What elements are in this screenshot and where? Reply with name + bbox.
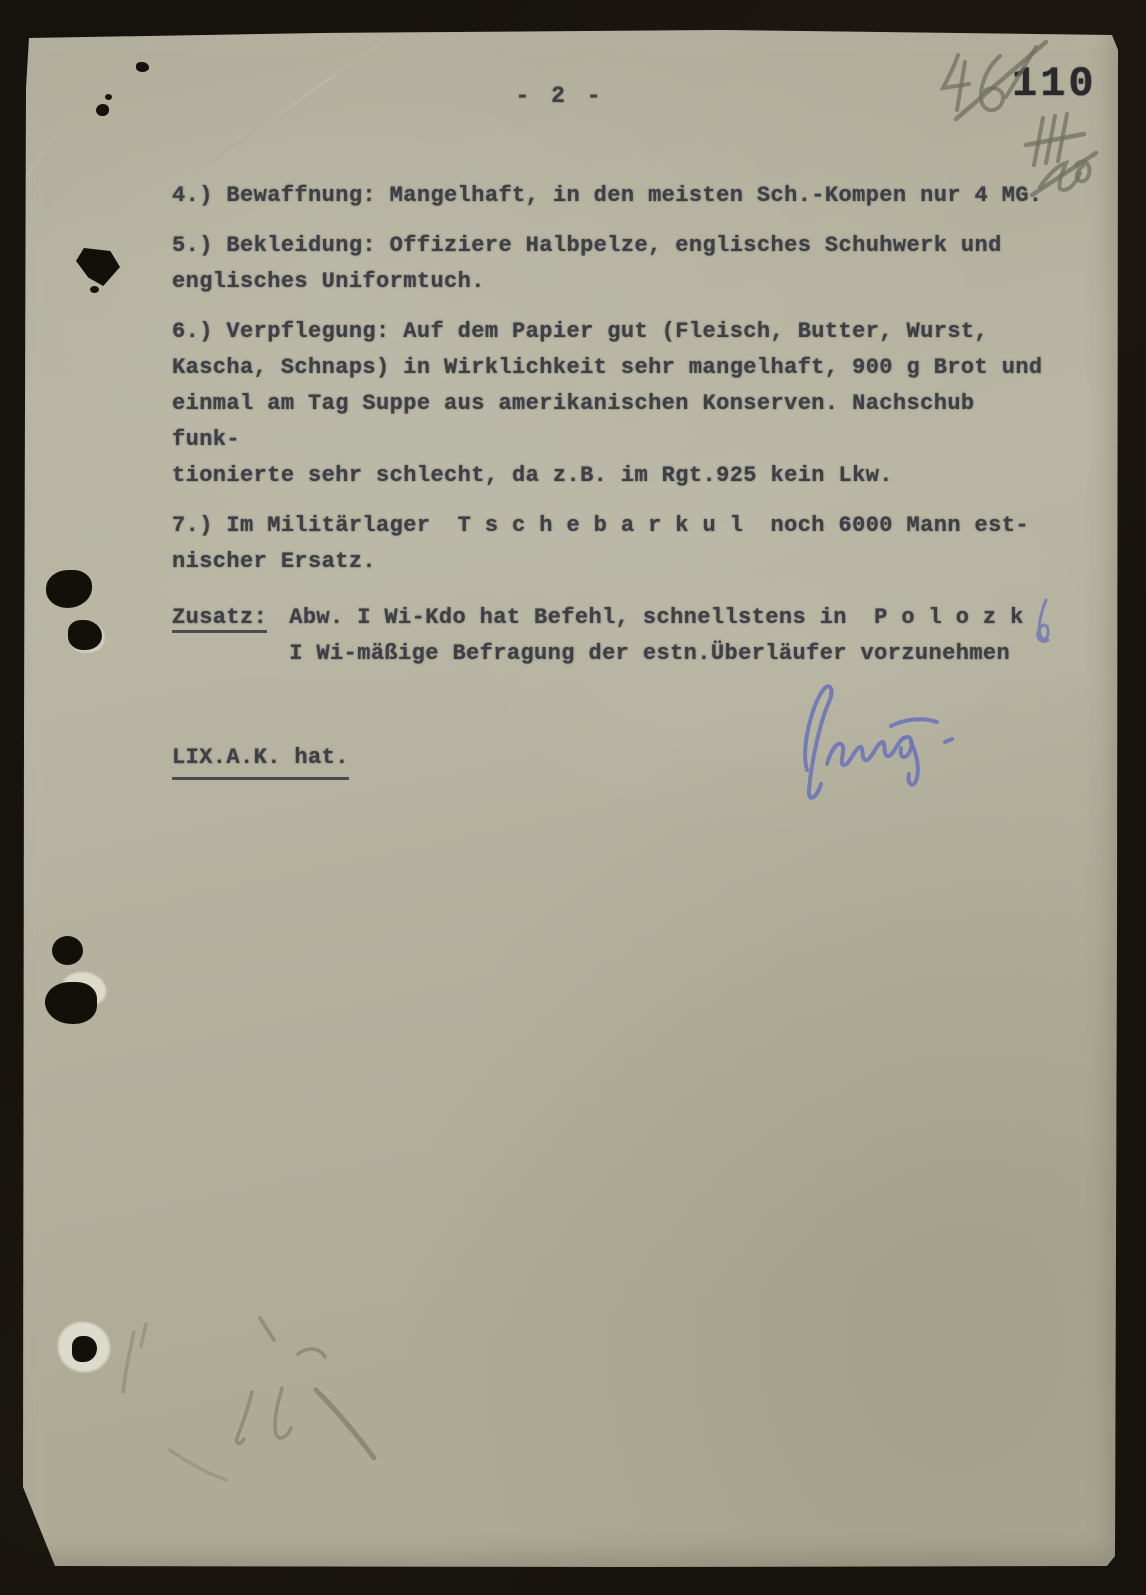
damage-speck [90,286,99,293]
punch-hole [45,982,97,1024]
damage-speck [96,104,109,116]
paper-crease [154,28,401,202]
paper-crease [0,98,82,525]
damage-speck [105,94,112,100]
signature-ink [793,678,963,812]
item-5-bekleidung: 5.) Bekleidung: Offiziere Halbpelze, eng… [172,228,1052,300]
item-7-militaerlager: 7.) Im Militärlager T s c h e b a r k u … [172,508,1052,580]
damage-speck [136,62,149,72]
punch-hole [68,620,102,650]
document-body: 4.) Bewaffnung: Mangelhaft, in den meist… [172,178,1052,672]
pencil-scribbles-bottom [110,1260,450,1500]
zusatz-paragraph: Zusatz: Abw. I Wi-Kdo hat Befehl, schnel… [172,600,1052,672]
closing-line: LIX.A.K. hat. [172,740,349,780]
zusatz-label: Zusatz: [172,600,267,633]
item-6-verpflegung: 6.) Verpflegung: Auf dem Papier gut (Fle… [172,314,1052,494]
item-4-bewaffnung: 4.) Bewaffnung: Mangelhaft, in den meist… [172,178,1052,214]
page-number: - 2 - [480,78,640,114]
zusatz-text: Abw. I Wi-Kdo hat Befehl, schnellstens i… [289,600,1024,672]
blue-ink-mark [1032,596,1064,652]
punch-hole [52,936,83,965]
